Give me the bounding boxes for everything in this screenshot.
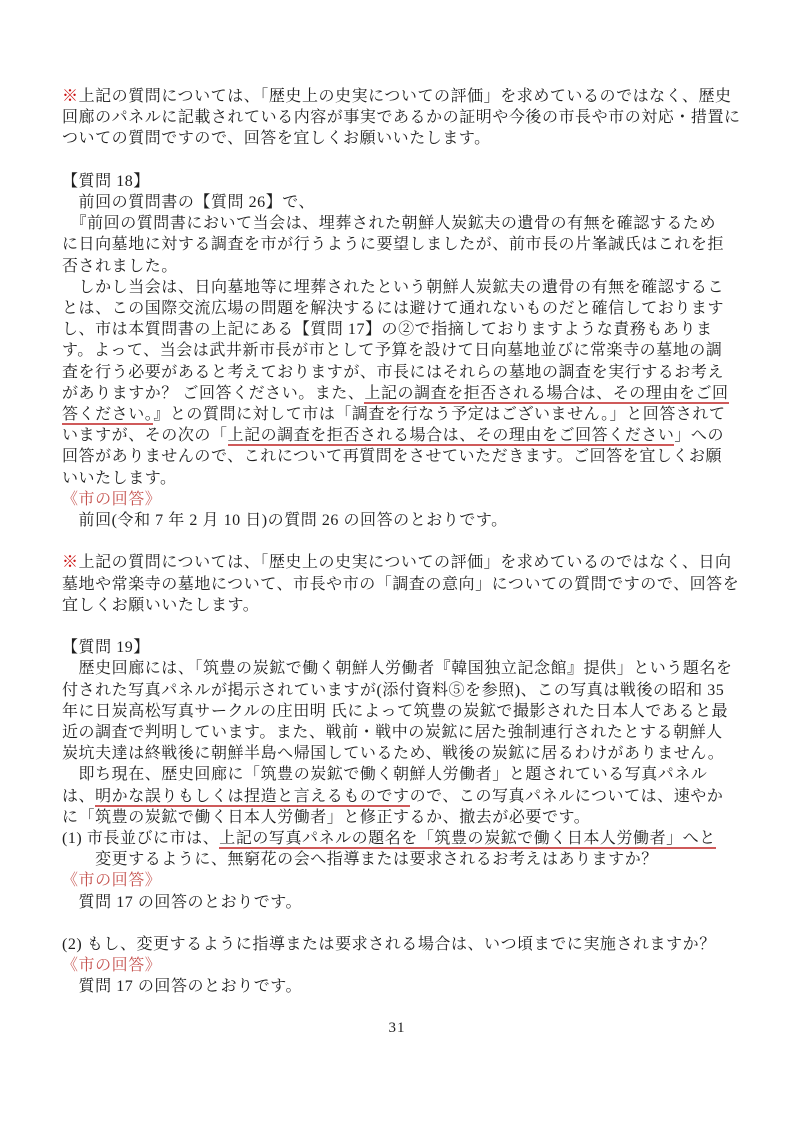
- text-run: 変更するように、無窮花の会へ指導または要求されるお考えはありますか？: [62, 851, 658, 868]
- text-run: 上記の質問については、「歴史上の史実についての評価」を求めているのではなく、歴史: [79, 88, 732, 105]
- text-line: 【質問 19】: [62, 637, 740, 658]
- city-answer-19-2: 《市の回答》 質問 17 の回答のとおりです。: [62, 955, 740, 997]
- red-underlined-text: 答ください。: [62, 406, 153, 425]
- page: ※上記の質問については、「歴史上の史実についての評価」を求めているのではなく、歴…: [0, 0, 794, 1123]
- text-run: 」への: [674, 427, 724, 444]
- text-line: 【質問 18】: [62, 171, 740, 192]
- text-line: 回答がありませんので、これについて再質問をさせていただきます。ご回答を宜しくお願: [62, 446, 740, 467]
- text-run: 歴史回廊には、「筑豊の炭鉱で働く朝鮮人労働者『韓国独立記念館』提供」という題名を: [62, 660, 733, 677]
- page-number: 31: [0, 1020, 794, 1037]
- text-line: 炭坑夫達は終戦後に朝鮮半島へ帰国しているため、戦後の炭鉱に居るわけがありません。: [62, 743, 740, 764]
- text-run: 査を行う必要があると考えておりますが、市長にはそれらの墓地の調査を実行するお考え: [62, 364, 724, 381]
- text-run: 質問 17 の回答のとおりです。: [62, 978, 302, 995]
- text-line: (2) もし、変更するように指導または要求される場合は、いつ頃までに実施されます…: [62, 934, 740, 955]
- text-line: 年に日炭高松写真サークルの庄田明 氏によって筑豊の炭鉱で撮影された日本人であると…: [62, 701, 740, 722]
- city-answer-label: 《市の回答》: [62, 491, 161, 508]
- text-line: 回廊のパネルに記載されている内容が事実であるかの証明や今後の市長や市の対応・措置…: [62, 107, 740, 128]
- text-run: 墓地や常楽寺の墓地について、市長や市の「調査の意向」についての質問ですので、回答…: [62, 576, 739, 593]
- text-run: 【質問 19】: [62, 639, 150, 656]
- text-run: 【質問 18】: [62, 173, 150, 190]
- text-run: し、市は本質問書の上記にある【質問 17】の②で指摘しておりますような責務もあり…: [62, 321, 713, 338]
- city-answer-label: 《市の回答》: [62, 872, 161, 889]
- text-run: 年に日炭高松写真サークルの庄田明 氏によって筑豊の炭鉱で撮影された日本人であると…: [62, 703, 728, 720]
- text-line: 否されました。: [62, 256, 740, 277]
- text-line: 近の調査で判明しています。また、戦前・戦中の炭鉱に居た強制連行されたとする朝鮮人: [62, 722, 740, 743]
- text-run: いいたします。: [62, 470, 177, 487]
- text-line: ※上記の質問については、「歴史上の史実についての評価」を求めているのではなく、日…: [62, 552, 740, 573]
- text-line: (1) 市長並びに市は、上記の写真パネルの題名を「筑豊の炭鉱で働く日本人労働者」…: [62, 828, 740, 849]
- note-above-question-19: ※上記の質問については、「歴史上の史実についての評価」を求めているのではなく、日…: [62, 552, 740, 616]
- question-19: 【質問 19】 歴史回廊には、「筑豊の炭鉱で働く朝鮮人労働者『韓国独立記念館』提…: [62, 637, 740, 870]
- text-line: 質問 17 の回答のとおりです。: [62, 892, 740, 913]
- text-run: (2) もし、変更するように指導または要求される場合は、いつ頃までに実施されます…: [62, 936, 716, 953]
- text-run: 否されました。: [62, 258, 178, 275]
- text-line: 《市の回答》: [62, 870, 740, 891]
- question-19-2: (2) もし、変更するように指導または要求される場合は、いつ頃までに実施されます…: [62, 934, 740, 955]
- text-line: し、市は本質問書の上記にある【質問 17】の②で指摘しておりますような責務もあり…: [62, 319, 740, 340]
- text-line: 即ち現在、歴史回廊に「筑豊の炭鉱で働く朝鮮人労働者」と題されている写真パネル: [62, 764, 740, 785]
- text-run: 上記の質問については、「歴史上の史実についての評価」を求めているのではなく、日向: [79, 554, 732, 571]
- text-line: 査を行う必要があると考えておりますが、市長にはそれらの墓地の調査を実行するお考え: [62, 362, 740, 383]
- text-line: しかし当会は、日向墓地等に埋葬されたという朝鮮人炭鉱夫の遺骨の有無を確認するこ: [62, 277, 740, 298]
- text-line: 変更するように、無窮花の会へ指導または要求されるお考えはありますか？: [62, 849, 740, 870]
- text-run: 付された写真パネルが掲示されていますが(添付資料⑤を参照)、この写真は戦後の昭和…: [62, 682, 724, 699]
- question-18: 【質問 18】 前回の質問書の【質問 26】で、 『前回の質問書において当会は、…: [62, 171, 740, 489]
- text-line: に「筑豊の炭鉱で働く日本人労働者」と修正するか、撤去が必要です。: [62, 807, 740, 828]
- text-line: いいたします。: [62, 468, 740, 489]
- text-line: 《市の回答》: [62, 489, 740, 510]
- text-line: ※上記の質問については、「歴史上の史実についての評価」を求めているのではなく、歴…: [62, 86, 740, 107]
- text-run: 『前回の質問書において当会は、埋葬された朝鮮人炭鉱夫の遺骨の有無を確認するため: [62, 215, 716, 232]
- red-underlined-text: 上記の調査を拒否される場合は、その理由をご回: [364, 385, 728, 404]
- text-run: 前回の質問書の【質問 26】で、: [62, 194, 315, 211]
- text-line: 前回の質問書の【質問 26】で、: [62, 192, 740, 213]
- red-underlined-text: 上記の調査を拒否される場合は、その理由をご回答ください: [228, 427, 675, 446]
- text-line: 前回(令和 7 年 2 月 10 日)の質問 26 の回答のとおりです。: [62, 510, 740, 531]
- text-line: 墓地や常楽寺の墓地について、市長や市の「調査の意向」についての質問ですので、回答…: [62, 574, 740, 595]
- text-line: 《市の回答》: [62, 955, 740, 976]
- text-line: とは、この国際交流広場の問題を解決するには避けて通れないものだと確信しております: [62, 298, 740, 319]
- note-mark: ※: [62, 554, 79, 571]
- text-run: いますが、その次の「: [62, 427, 228, 444]
- text-run: 回答がありませんので、これについて再質問をさせていただきます。ご回答を宜しくお願: [62, 448, 722, 465]
- text-run: (1) 市長並びに市は、: [62, 830, 219, 847]
- red-underlined-text: 上記の写真パネルの題名を「筑豊の炭鉱で働く日本人労働者」へと: [219, 830, 716, 849]
- note-above-question-18: ※上記の質問については、「歴史上の史実についての評価」を求めているのではなく、歴…: [62, 86, 740, 150]
- text-line: 付された写真パネルが掲示されていますが(添付資料⑤を参照)、この写真は戦後の昭和…: [62, 680, 740, 701]
- text-run: がありますか？ ご回答ください。また、: [62, 385, 364, 402]
- text-run: 近の調査で判明しています。また、戦前・戦中の炭鉱に居た強制連行されたとする朝鮮人: [62, 724, 723, 741]
- text-run: 前回(令和 7 年 2 月 10 日)の質問 26 の回答のとおりです。: [62, 512, 508, 529]
- text-run: ので、この写真パネルについては、速やか: [410, 788, 724, 805]
- text-run: す。よって、当会は武井新市長が市として予算を設けて日向墓地並びに常楽寺の墓地の調: [62, 342, 722, 359]
- red-underlined-text: 明かな誤りもしくは捏造と言えるものです: [95, 788, 409, 807]
- document-body: ※上記の質問については、「歴史上の史実についての評価」を求めているのではなく、歴…: [62, 86, 740, 998]
- text-line: す。よって、当会は武井新市長が市として予算を設けて日向墓地並びに常楽寺の墓地の調: [62, 340, 740, 361]
- text-line: 歴史回廊には、「筑豊の炭鉱で働く朝鮮人労働者『韓国独立記念館』提供」という題名を: [62, 658, 740, 679]
- text-line: は、明かな誤りもしくは捏造と言えるものですので、この写真パネルについては、速やか: [62, 786, 740, 807]
- text-line: 質問 17 の回答のとおりです。: [62, 976, 740, 997]
- text-run: に日向墓地に対する調査を市が行うように要望しましたが、前市長の片峯誠氏はこれを拒: [62, 236, 724, 253]
- text-line: 答ください。』との質問に対して市は「調査を行なう予定はございません。」と回答され…: [62, 404, 740, 425]
- city-answer-label: 《市の回答》: [62, 957, 161, 974]
- text-run: 質問 17 の回答のとおりです。: [62, 894, 302, 911]
- city-answer-19-1: 《市の回答》 質問 17 の回答のとおりです。: [62, 870, 740, 912]
- text-line: がありますか？ ご回答ください。また、上記の調査を拒否される場合は、その理由をご…: [62, 383, 740, 404]
- text-line: に日向墓地に対する調査を市が行うように要望しましたが、前市長の片峯誠氏はこれを拒: [62, 234, 740, 255]
- text-run: 』との質問に対して市は「調査を行なう予定はございません。」と回答されて: [153, 406, 725, 423]
- text-run: とは、この国際交流広場の問題を解決するには避けて通れないものだと確信しております: [62, 300, 724, 317]
- text-run: 宜しくお願いいたします。: [62, 597, 259, 614]
- text-run: しかし当会は、日向墓地等に埋葬されたという朝鮮人炭鉱夫の遺骨の有無を確認するこ: [62, 279, 724, 296]
- text-line: ついての質問ですので、回答を宜しくお願いいたします。: [62, 128, 740, 149]
- text-line: 『前回の質問書において当会は、埋葬された朝鮮人炭鉱夫の遺骨の有無を確認するため: [62, 213, 740, 234]
- text-run: 炭坑夫達は終戦後に朝鮮半島へ帰国しているため、戦後の炭鉱に居るわけがありません。: [62, 745, 724, 762]
- text-line: いますが、その次の「上記の調査を拒否される場合は、その理由をご回答ください」への: [62, 425, 740, 446]
- text-line: 宜しくお願いいたします。: [62, 595, 740, 616]
- text-run: 回廊のパネルに記載されている内容が事実であるかの証明や今後の市長や市の対応・措置…: [62, 109, 741, 126]
- text-run: ついての質問ですので、回答を宜しくお願いいたします。: [62, 130, 491, 147]
- text-run: 即ち現在、歴史回廊に「筑豊の炭鉱で働く朝鮮人労働者」と題されている写真パネル: [62, 766, 707, 783]
- city-answer-18: 《市の回答》 前回(令和 7 年 2 月 10 日)の質問 26 の回答のとおり…: [62, 489, 740, 531]
- text-run: に「筑豊の炭鉱で働く日本人労働者」と修正するか、撤去が必要です。: [62, 809, 590, 826]
- text-run: は、: [62, 788, 95, 805]
- note-mark: ※: [62, 88, 79, 105]
